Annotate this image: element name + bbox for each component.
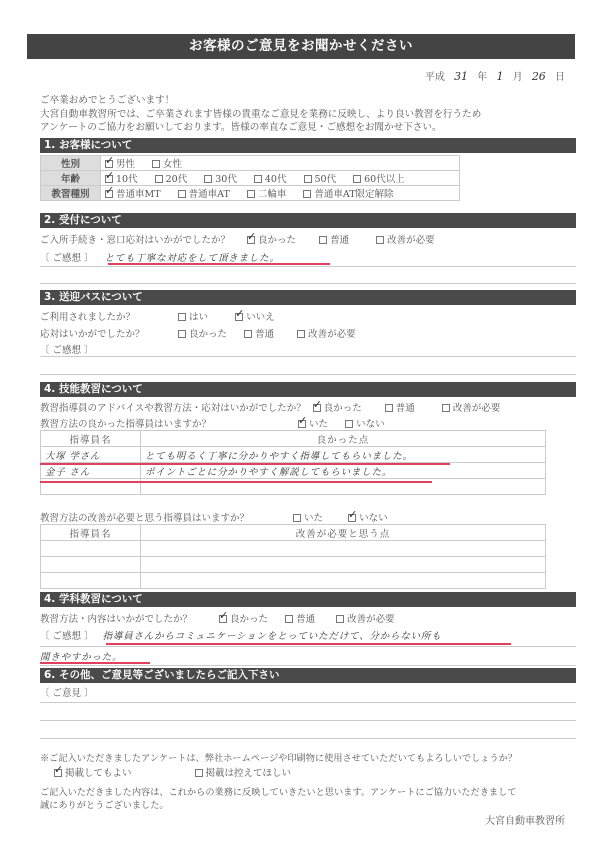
skills-q1-row: 教習指導員のアドバイスや教習方法・応対はいかがでしたか？ 良かった 普通 改善が… — [40, 400, 514, 414]
instructor-name[interactable]: 金子 さん — [45, 467, 90, 478]
course-type-row: 教習種別 普通車MT 普通車AT 二輪車 普通車AT限定解除 — [41, 186, 460, 201]
bus-improve-option[interactable]: 改善が必要 — [297, 326, 356, 340]
bus-used-row: ご利用されましたか？ はい いいえ — [40, 309, 289, 323]
bus-service-row: 応対はいかがでしたか？ 良かった 普通 改善が必要 — [40, 326, 370, 340]
other-comment-row: 〔 ご意見 〕 — [40, 685, 94, 699]
section-classroom-heading: 4. 学科教習について — [40, 592, 576, 607]
bus-normal-option[interactable]: 普通 — [244, 326, 274, 340]
section-other-heading: 6. その他、ご意見等ございましたらご記入下さい — [40, 668, 576, 683]
checkbox-icon[interactable] — [155, 175, 163, 183]
age-60s-option[interactable]: 60代以上 — [353, 171, 405, 185]
gender-row: 性別 男性 女性 — [41, 156, 460, 171]
section-skills-heading: 4. 技能教習について — [40, 382, 576, 397]
checkbox-icon[interactable] — [285, 615, 293, 623]
comment-line — [40, 283, 576, 284]
classroom-good-option[interactable]: 良かった — [219, 611, 268, 625]
consent-decline-option[interactable]: 掲載は控えてほしい — [195, 765, 292, 779]
reception-improve-option[interactable]: 改善が必要 — [376, 232, 435, 246]
skills-q3-row: 教習方法の改善が必要と思う指導員はいますか？ いた いない — [40, 510, 402, 524]
reception-comment-row: 〔 ご感想 〕 とても丁寧な対応をして頂きました。 — [40, 250, 280, 264]
comment-line — [40, 665, 576, 666]
bus-good-option[interactable]: 良かった — [178, 326, 227, 340]
checkbox-checked-icon[interactable] — [235, 313, 243, 321]
red-underline — [40, 662, 150, 664]
date-year-unit: 年 — [477, 72, 487, 83]
bus-comment-row: 〔 ご感想 〕 — [40, 342, 94, 356]
skills-normal-option[interactable]: 普通 — [385, 400, 415, 414]
section-customer-heading: 1. お客様について — [40, 138, 576, 153]
checkbox-icon[interactable] — [304, 175, 312, 183]
improve-instructor-table: 指導員名 改善が必要と思う点 — [40, 524, 546, 589]
gender-male-option[interactable]: 男性 — [105, 156, 135, 170]
checkbox-icon[interactable] — [297, 330, 305, 338]
checkbox-icon[interactable] — [319, 236, 327, 244]
good-instructor-no-option[interactable]: いない — [345, 416, 385, 430]
age-20s-option[interactable]: 20代 — [155, 171, 188, 185]
age-10s-option[interactable]: 10代 — [105, 171, 138, 185]
date-day[interactable]: 26 — [532, 70, 546, 83]
skills-good-option[interactable]: 良かった — [313, 400, 362, 414]
classroom-comment-row: 〔 ご感想 〕 指導員さんからコミュニケーションをとっていただけて、分からない所… — [40, 628, 442, 642]
closing-text: ご記入いただきました内容は、これからの業務に反映していきたいと思います。アンケー… — [40, 786, 516, 812]
section-bus-heading: 3. 送迎バスについて — [40, 290, 576, 305]
red-underline — [40, 463, 450, 465]
good-instructor-yes-option[interactable]: いた — [298, 416, 328, 430]
classroom-comment-text[interactable]: 指導員さんからコミュニケーションをとっていただけて、分からない所も — [103, 631, 442, 642]
checkbox-icon[interactable] — [178, 330, 186, 338]
course-at-release-option[interactable]: 普通車AT限定解除 — [303, 186, 393, 200]
checkbox-checked-icon[interactable] — [298, 420, 306, 428]
date-day-unit: 日 — [555, 72, 565, 83]
gender-female-option[interactable]: 女性 — [152, 156, 182, 170]
checkbox-icon[interactable] — [247, 190, 255, 198]
checkbox-icon[interactable] — [178, 190, 186, 198]
red-underline — [106, 643, 511, 645]
date-month-unit: 月 — [513, 72, 523, 83]
checkbox-checked-icon[interactable] — [219, 615, 227, 623]
checkbox-icon[interactable] — [244, 330, 252, 338]
checkbox-icon[interactable] — [336, 615, 344, 623]
table-row — [41, 541, 546, 557]
checkbox-icon[interactable] — [376, 236, 384, 244]
checkbox-icon[interactable] — [293, 514, 301, 522]
course-motorcycle-option[interactable]: 二輪車 — [247, 186, 287, 200]
checkbox-checked-icon[interactable] — [54, 769, 62, 777]
reception-question-row: ご入所手続き・窓口応対はいかがでしたか？ 良かった 普通 改善が必要 — [40, 232, 449, 246]
table-row — [41, 557, 546, 573]
bad-instructor-no-option[interactable]: いない — [348, 510, 388, 524]
checkbox-checked-icon[interactable] — [105, 175, 113, 183]
consent-options: 掲載してもよい 掲載は控えてほしい — [54, 765, 305, 779]
comment-line — [40, 738, 576, 739]
age-30s-option[interactable]: 30代 — [204, 171, 237, 185]
course-mt-option[interactable]: 普通車MT — [105, 186, 161, 200]
bus-used-yes-option[interactable]: はい — [178, 309, 208, 323]
skills-improve-option[interactable]: 改善が必要 — [442, 400, 501, 414]
comment-line — [40, 356, 576, 357]
checkbox-icon[interactable] — [195, 769, 203, 777]
date-era: 平成 — [425, 72, 445, 83]
checkbox-icon[interactable] — [254, 175, 262, 183]
checkbox-checked-icon[interactable] — [105, 160, 113, 168]
course-at-option[interactable]: 普通車AT — [178, 186, 230, 200]
red-underline — [40, 481, 432, 483]
table-row — [41, 573, 546, 589]
reception-normal-option[interactable]: 普通 — [319, 232, 349, 246]
bus-used-no-option[interactable]: いいえ — [235, 309, 275, 323]
classroom-normal-option[interactable]: 普通 — [285, 611, 315, 625]
checkbox-icon[interactable] — [442, 404, 450, 412]
comment-line — [40, 646, 576, 647]
comment-line — [40, 702, 576, 703]
classroom-improve-option[interactable]: 改善が必要 — [336, 611, 395, 625]
date-field: 平成 31 年 1 月 26 日 — [425, 68, 565, 83]
checkbox-icon[interactable] — [345, 420, 353, 428]
instructor-good-point[interactable]: とても明るく丁寧に分かりやすく指導してもらいました。 — [145, 451, 413, 462]
checkbox-icon[interactable] — [152, 160, 160, 168]
bad-instructor-yes-option[interactable]: いた — [293, 510, 323, 524]
section-reception-heading: 2. 受付について — [40, 213, 576, 228]
checkbox-icon[interactable] — [385, 404, 393, 412]
date-month[interactable]: 1 — [496, 70, 503, 83]
consent-allow-option[interactable]: 掲載してもよい — [54, 765, 132, 779]
checkbox-checked-icon[interactable] — [247, 236, 255, 244]
classroom-question-row: 教習方法・内容はいかがでしたか？ 良かった 普通 改善が必要 — [40, 611, 409, 625]
classroom-comment-row-2: 聞きやすかった。 — [40, 649, 122, 663]
checkbox-checked-icon[interactable] — [313, 404, 321, 412]
table-row: 大塚 学さん とても明るく丁寧に分かりやすく指導してもらいました。 — [41, 447, 546, 463]
reception-good-option[interactable]: 良かった — [247, 232, 296, 246]
checkbox-icon[interactable] — [204, 175, 212, 183]
school-signature: 大宮自動車教習所 — [485, 812, 565, 827]
instructor-name[interactable]: 大塚 学さん — [45, 451, 100, 462]
customer-profile-table: 性別 男性 女性 年齢 10代 20代 30代 40代 50代 60代以上 教習… — [40, 155, 460, 201]
checkbox-checked-icon[interactable] — [105, 190, 113, 198]
date-year[interactable]: 31 — [454, 70, 468, 83]
skills-q2-row: 教習方法の良かった指導員はいますか？ いた いない — [40, 416, 399, 430]
checkbox-checked-icon[interactable] — [348, 514, 356, 522]
instructor-good-point[interactable]: ポイントごとに分かりやすく解説してもらいました。 — [145, 467, 392, 478]
checkbox-icon[interactable] — [353, 175, 361, 183]
consent-question: ※ご記入いただきましたアンケートは、弊社ホームページや印刷物に使用させていただい… — [40, 750, 517, 764]
comment-line — [40, 266, 576, 267]
age-40s-option[interactable]: 40代 — [254, 171, 287, 185]
checkbox-icon[interactable] — [178, 313, 186, 321]
age-row: 年齢 10代 20代 30代 40代 50代 60代以上 — [41, 171, 460, 186]
age-50s-option[interactable]: 50代 — [304, 171, 337, 185]
red-underline — [108, 263, 330, 265]
comment-line — [40, 720, 576, 721]
form-title: お客様のご意見をお聞かせください — [27, 34, 575, 59]
intro-text: ご卒業おめでとうございます！ 大宮自動車教習所では、ご卒業されます皆様の貴重なご… — [40, 94, 481, 135]
comment-line — [40, 374, 576, 375]
checkbox-icon[interactable] — [303, 190, 311, 198]
